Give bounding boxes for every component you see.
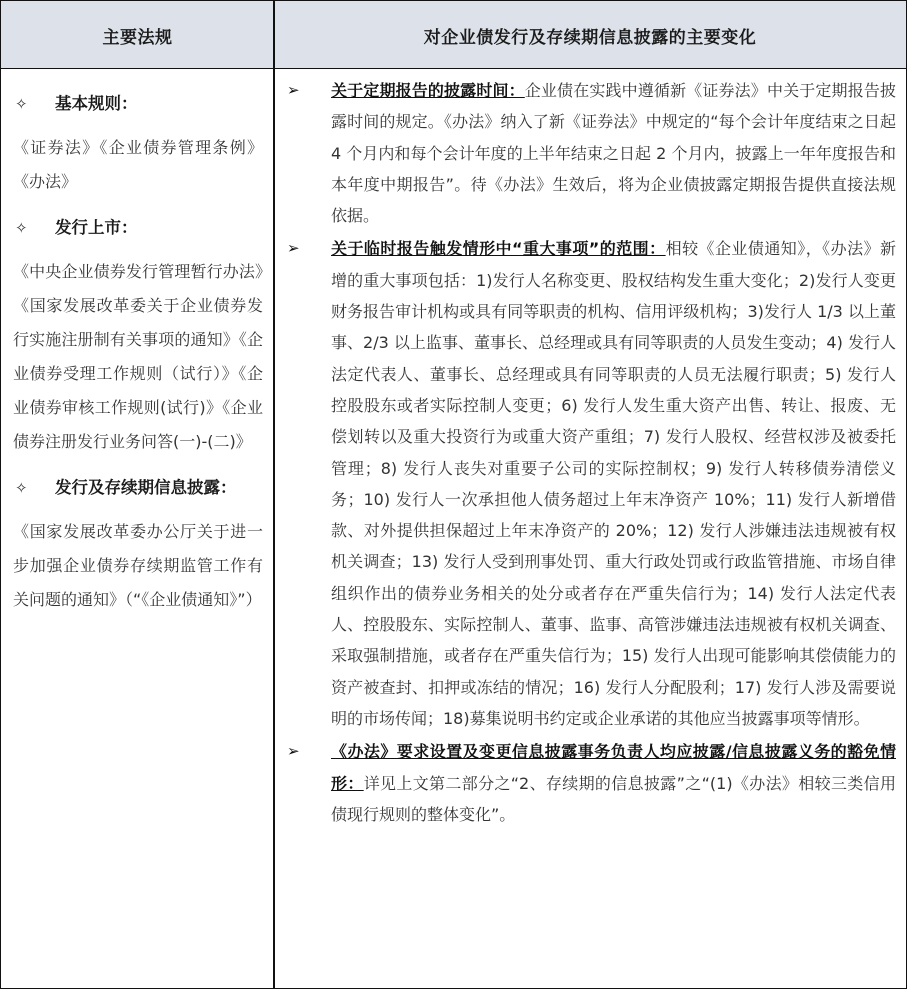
section-disclosure: ✧ 发行及存续期信息披露： 《国家发展改革委办公厅关于进一步加强企业债券存续期监…: [13, 471, 263, 617]
diamond-bullet-icon: ✧: [15, 471, 55, 505]
diamond-bullet-icon: ✧: [15, 211, 55, 245]
diamond-bullet-icon: ✧: [15, 87, 55, 121]
change-item-text: 关于定期报告的披露时间：企业债在实践中遵循新《证券法》中关于定期报告披露时间的规…: [331, 75, 896, 231]
section-heading: ✧ 基本规则：: [15, 87, 263, 121]
table-header-row: 主要法规 对企业债发行及存续期信息披露的主要变化: [1, 1, 906, 69]
change-item-text: 关于临时报告触发情形中“重大事项”的范围：相较《企业债通知》，《办法》新增的重大…: [331, 233, 896, 734]
regulations-column: ✧ 基本规则： 《证券法》《企业债券管理条例》《办法》 ✧ 发行上市： 《中央企…: [1, 69, 273, 629]
header-main-regulations: 主要法规: [1, 1, 274, 69]
section-basic-rules: ✧ 基本规则： 《证券法》《企业债券管理条例》《办法》: [13, 87, 263, 199]
header-main-changes: 对企业债发行及存续期信息披露的主要变化: [274, 1, 906, 69]
arrow-bullet-icon: ➢: [285, 75, 331, 231]
change-item-body: 相较《企业债通知》，《办法》新增的重大事项包括：1)发行人名称变更、股权结构发生…: [331, 239, 896, 727]
section-body: 《国家发展改革委办公厅关于进一步加强企业债券存续期监管工作有关问题的通知》（“《…: [13, 515, 263, 617]
section-issuance-listing: ✧ 发行上市： 《中央企业债券发行管理暂行办法》《国家发展改革委关于企业债券发行…: [13, 211, 263, 459]
change-item-disclosure-officer: ➢ 《办法》要求设置及变更信息披露事务负责人均应披露/信息披露义务的豁免情形：详…: [285, 736, 900, 830]
change-item-major-events: ➢ 关于临时报告触发情形中“重大事项”的范围：相较《企业债通知》，《办法》新增的…: [285, 233, 900, 734]
section-heading-text: 发行及存续期信息披露：: [55, 471, 237, 505]
section-body: 《中央企业债券发行管理暂行办法》《国家发展改革委关于企业债券发行实施注册制有关事…: [13, 255, 263, 459]
section-heading-text: 发行上市：: [55, 211, 138, 245]
change-item-text: 《办法》要求设置及变更信息披露事务负责人均应披露/信息披露义务的豁免情形：详见上…: [331, 736, 896, 830]
section-heading: ✧ 发行及存续期信息披露：: [15, 471, 263, 505]
arrow-bullet-icon: ➢: [285, 233, 331, 734]
change-item-periodic-report: ➢ 关于定期报告的披露时间：企业债在实践中遵循新《证券法》中关于定期报告披露时间…: [285, 75, 900, 231]
change-item-body: 详见上文第二部分之“2、存续期的信息披露”之“(1)《办法》相较三类信用债现行规…: [331, 774, 896, 824]
section-heading: ✧ 发行上市：: [15, 211, 263, 245]
change-item-title: 关于定期报告的披露时间：: [331, 81, 525, 100]
change-item-title: 关于临时报告触发情形中“重大事项”的范围：: [331, 239, 666, 258]
changes-column: ➢ 关于定期报告的披露时间：企业债在实践中遵循新《证券法》中关于定期报告披露时间…: [275, 69, 906, 832]
regulation-comparison-table: 主要法规 对企业债发行及存续期信息披露的主要变化 ✧ 基本规则： 《证券法》《企…: [0, 0, 907, 989]
change-item-body: 企业债在实践中遵循新《证券法》中关于定期报告披露时间的规定。《办法》纳入了新《证…: [331, 81, 896, 225]
arrow-bullet-icon: ➢: [285, 736, 331, 830]
section-heading-text: 基本规则：: [55, 87, 138, 121]
section-body: 《证券法》《企业债券管理条例》《办法》: [13, 131, 263, 199]
